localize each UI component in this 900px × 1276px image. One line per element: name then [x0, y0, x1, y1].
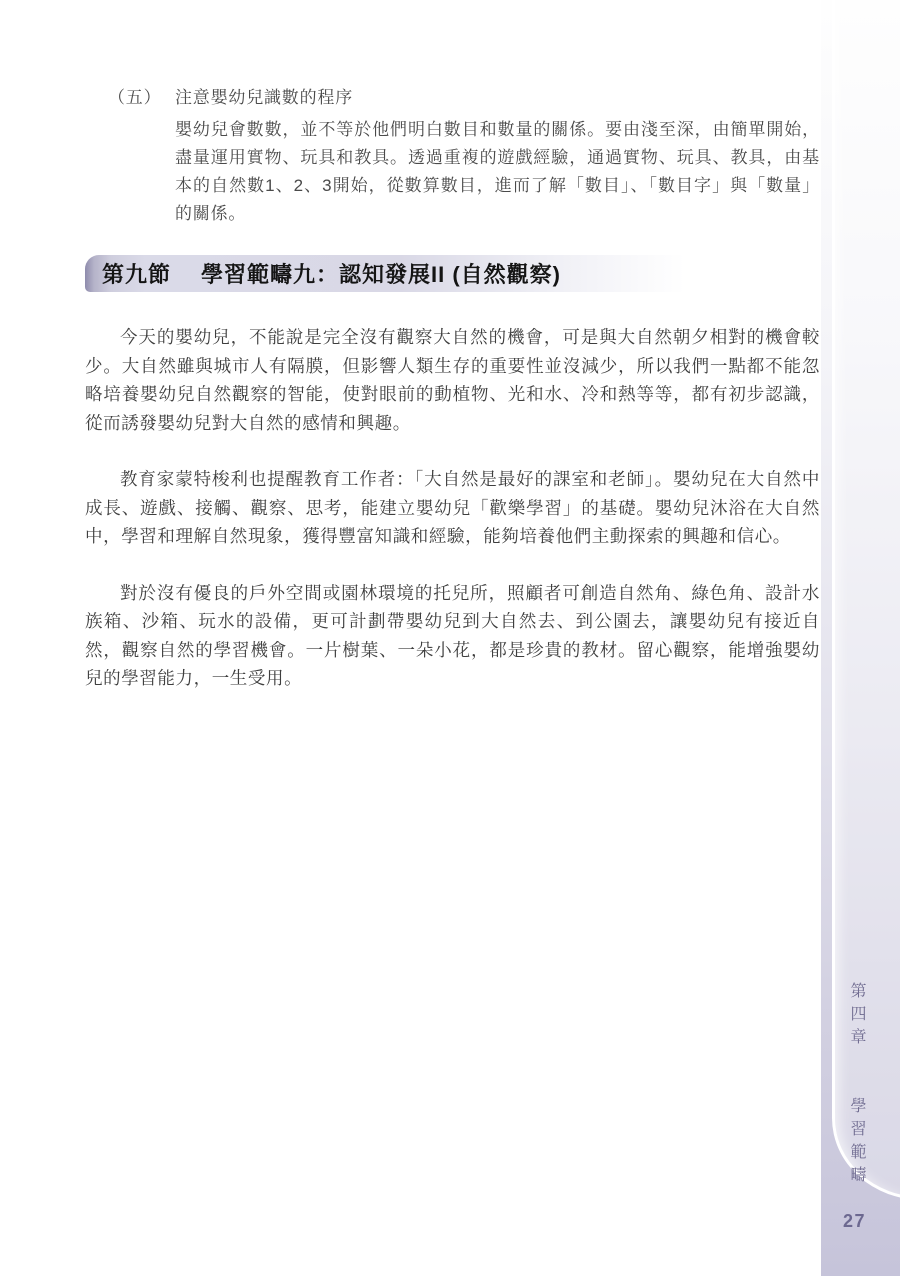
- section-title: 學習範疇九：認知發展II (自然觀察): [201, 258, 561, 289]
- chapter-tab: 第四章 學習範疇: [848, 982, 864, 1189]
- list-item-label: （五）: [108, 84, 175, 228]
- numbered-list-item: （五） 注意嬰幼兒識數的程序 嬰幼兒會數數，並不等於他們明白數目和數量的關係。要…: [85, 84, 820, 228]
- list-item-body: 嬰幼兒會數數，並不等於他們明白數目和數量的關係。要由淺至深，由簡單開始，盡量運用…: [175, 116, 820, 228]
- body-paragraph: 對於沒有優良的戶外空間或園林環境的托兒所，照顧者可創造自然角、綠色角、設計水族箱…: [85, 579, 820, 693]
- chapter-section-label: 學習範疇: [848, 1097, 865, 1189]
- chapter-sidebar: 第四章 學習範疇 27: [821, 0, 900, 1276]
- list-item-column: 注意嬰幼兒識數的程序 嬰幼兒會數數，並不等於他們明白數目和數量的關係。要由淺至深…: [175, 84, 820, 228]
- content-column: （五） 注意嬰幼兒識數的程序 嬰幼兒會數數，並不等於他們明白數目和數量的關係。要…: [85, 0, 820, 693]
- document-page: （五） 注意嬰幼兒識數的程序 嬰幼兒會數數，並不等於他們明白數目和數量的關係。要…: [0, 0, 900, 1276]
- list-item-title: 注意嬰幼兒識數的程序: [175, 84, 820, 112]
- body-paragraph: 教育家蒙特梭利也提醒教育工作者：「大自然是最好的課室和老師」。嬰幼兒在大自然中成…: [85, 465, 820, 551]
- page-number: 27: [843, 1211, 866, 1232]
- body-paragraph: 今天的嬰幼兒，不能說是完全沒有觀察大自然的機會，可是與大自然朝夕相對的機會較少。…: [85, 323, 820, 437]
- sidebar-curve-decoration: [832, 0, 900, 1200]
- section-header-bar: 第九節 學習範疇九：認知發展II (自然觀察): [85, 255, 835, 292]
- chapter-label: 第四章: [848, 982, 865, 1051]
- section-number: 第九節: [102, 258, 171, 289]
